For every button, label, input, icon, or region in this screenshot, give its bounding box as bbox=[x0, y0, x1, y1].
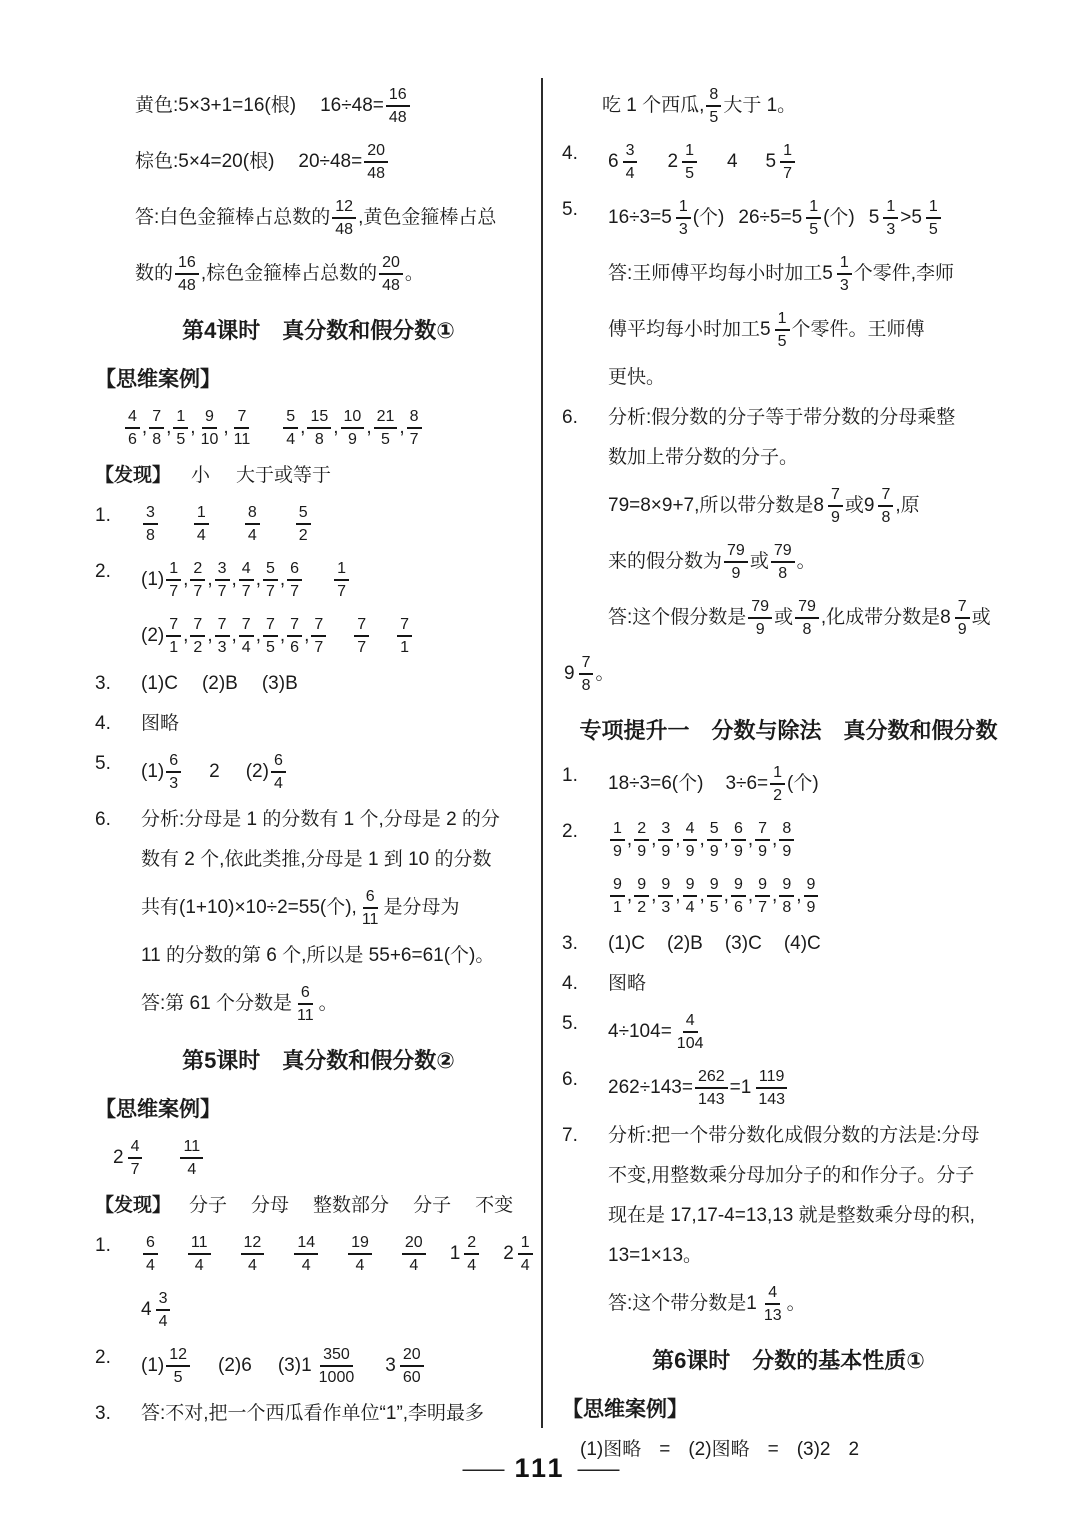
spacer bbox=[328, 636, 352, 637]
text-run: ,化成带分数是 bbox=[821, 606, 940, 630]
numerator: 1 bbox=[518, 1233, 533, 1255]
numerator: 1 bbox=[334, 559, 349, 581]
denominator: 48 bbox=[386, 107, 410, 127]
text-run: 20÷48= bbox=[298, 150, 362, 174]
item-body: 图略 bbox=[608, 964, 1015, 1004]
numerator: 7 bbox=[878, 485, 893, 507]
whole-number: 2 bbox=[503, 1242, 514, 1266]
content-line: 答:白色金箍棒占总数的1248,黄色金箍棒占总 bbox=[135, 190, 542, 246]
item-body: 64114124144194204124214434 bbox=[141, 1226, 542, 1338]
spacer bbox=[171, 476, 191, 477]
numerator: 6 bbox=[363, 887, 378, 909]
text-run: (2)6 bbox=[218, 1354, 252, 1378]
fraction: 76 bbox=[287, 615, 302, 657]
text-run: 。 bbox=[319, 992, 338, 1016]
fraction: 158 bbox=[307, 407, 331, 449]
text-run: 数加上带分数的分子。 bbox=[608, 446, 798, 470]
item-number: 3. bbox=[95, 1394, 141, 1434]
numerator: 1 bbox=[676, 197, 691, 219]
text-run: ,原 bbox=[895, 494, 919, 518]
whole-number: 5 bbox=[869, 206, 880, 230]
section-heading: 专项提升一 分数与除法 真分数和假分数 bbox=[562, 702, 1015, 756]
item-number: 5. bbox=[562, 1004, 608, 1044]
numerator: 7 bbox=[755, 819, 770, 841]
numerator: 4 bbox=[239, 559, 254, 581]
denominator: 8 bbox=[779, 897, 794, 917]
denominator: 9 bbox=[753, 619, 768, 639]
item-number: 5. bbox=[95, 744, 141, 784]
fraction: 13 bbox=[883, 197, 898, 239]
item-number: 4. bbox=[562, 134, 608, 174]
answer-item: 4.6342154517 bbox=[562, 134, 1015, 190]
fraction: 799 bbox=[748, 597, 772, 639]
fraction: 262143 bbox=[695, 1067, 728, 1109]
spacer bbox=[670, 1450, 688, 1451]
fraction: 64 bbox=[271, 751, 286, 793]
denominator: 7 bbox=[215, 581, 230, 601]
item-number: 3. bbox=[95, 664, 141, 704]
text-run: 262÷143= bbox=[608, 1076, 693, 1100]
text-run: , bbox=[627, 884, 632, 908]
text-run: (1)C bbox=[608, 932, 645, 956]
numerator: 4 bbox=[125, 407, 140, 429]
text-run: , bbox=[256, 568, 261, 592]
text-run: 小 bbox=[191, 464, 210, 488]
item-body: 6342154517 bbox=[608, 134, 1015, 190]
text-run: 答:白色金箍棒占总数的 bbox=[135, 206, 330, 230]
denominator: 11 bbox=[231, 429, 254, 449]
whole-number: 2 bbox=[113, 1146, 124, 1170]
numerator: 4 bbox=[683, 819, 698, 841]
numerator: 9 bbox=[804, 875, 819, 897]
numerator: 12 bbox=[241, 1233, 265, 1255]
numerator: 11 bbox=[188, 1233, 211, 1255]
text-run: (1) bbox=[141, 760, 164, 784]
content-line: 6342154517 bbox=[608, 134, 1015, 190]
spacer bbox=[855, 218, 869, 219]
fraction: 17 bbox=[780, 141, 795, 183]
numerator: 1 bbox=[883, 197, 898, 219]
spacer bbox=[830, 1450, 848, 1451]
denominator: 4 bbox=[156, 1311, 171, 1331]
denominator: 143 bbox=[755, 1089, 788, 1109]
fraction: 24 bbox=[464, 1233, 479, 1275]
spacer bbox=[183, 772, 209, 773]
text-run: , bbox=[772, 828, 777, 852]
content-line: (1)632(2)64 bbox=[141, 744, 542, 800]
text-run: 图略 bbox=[608, 972, 646, 996]
numerator: 5 bbox=[296, 503, 311, 525]
numerator: 10 bbox=[341, 407, 365, 429]
mixed-number: 215 bbox=[667, 141, 698, 183]
numerator: 16 bbox=[386, 85, 410, 107]
numerator: 2 bbox=[190, 559, 205, 581]
text-run: 。 bbox=[405, 262, 424, 286]
text-run: 。 bbox=[797, 550, 816, 574]
answer-item: 2.(1)17,27,37,47,57,6717(2)71,72,73,74,7… bbox=[95, 552, 542, 664]
content-line: 978。 bbox=[564, 646, 1015, 702]
fraction: 94 bbox=[683, 875, 698, 917]
fraction: 37 bbox=[215, 559, 230, 601]
text-run: 18÷3=6(个) bbox=[608, 772, 703, 796]
text-run: 整数部分 bbox=[313, 1194, 389, 1218]
denominator: 7 bbox=[755, 897, 770, 917]
text-run: , bbox=[190, 416, 195, 440]
text-run: 或 bbox=[845, 494, 864, 518]
text-run: , bbox=[699, 884, 704, 908]
numerator: 3 bbox=[623, 141, 638, 163]
text-run: , bbox=[675, 884, 680, 908]
denominator: 8 bbox=[800, 619, 815, 639]
text-run: 答:第 61 个分数是 bbox=[141, 992, 292, 1016]
numerator: 4 bbox=[683, 1011, 698, 1033]
fraction: 79 bbox=[755, 819, 770, 861]
answer-item: 4.图略 bbox=[562, 964, 1015, 1004]
text-run: 4÷104= bbox=[608, 1020, 672, 1044]
fraction: 413 bbox=[761, 1283, 785, 1325]
numerator: 19 bbox=[348, 1233, 372, 1255]
text-run: 13=1×13。 bbox=[608, 1244, 702, 1268]
text-run: 16÷3= bbox=[608, 206, 661, 230]
fraction: 34 bbox=[156, 1289, 171, 1331]
mixed-number: 879 bbox=[813, 485, 844, 527]
fraction: 1648 bbox=[175, 253, 199, 295]
text-run: , bbox=[304, 624, 309, 648]
numerator: 7 bbox=[239, 615, 254, 637]
denominator: 5 bbox=[775, 331, 790, 351]
numerator: 3 bbox=[215, 559, 230, 581]
whole-number: 5 bbox=[766, 150, 777, 174]
text-run: , bbox=[183, 624, 188, 648]
mixed-number: 515 bbox=[792, 197, 823, 239]
mixed-number: 434 bbox=[141, 1289, 172, 1331]
fraction: 46 bbox=[125, 407, 140, 449]
fraction: 15 bbox=[682, 141, 697, 183]
numerator: 20 bbox=[379, 253, 403, 275]
text-run: 2 bbox=[209, 760, 220, 784]
whole-number: 3 bbox=[385, 1354, 396, 1378]
numerator: 262 bbox=[695, 1067, 728, 1089]
denominator: 5 bbox=[173, 429, 188, 449]
numerator: 5 bbox=[263, 559, 278, 581]
fraction: 12 bbox=[770, 763, 785, 805]
fraction: 2048 bbox=[364, 141, 388, 183]
numerator: 6 bbox=[298, 983, 313, 1005]
item-body: (1)632(2)64 bbox=[141, 744, 542, 800]
spacer bbox=[255, 428, 281, 429]
denominator: 9 bbox=[955, 619, 970, 639]
mixed-number: 13501000 bbox=[301, 1345, 359, 1387]
denominator: 4 bbox=[184, 1159, 199, 1179]
denominator: 6 bbox=[287, 637, 302, 657]
text-run: 分析:分母是 1 的分数有 1 个,分母是 2 的分 bbox=[141, 808, 500, 832]
numerator: 1 bbox=[770, 763, 785, 785]
spacer bbox=[210, 476, 236, 477]
denominator: 9 bbox=[728, 563, 743, 583]
spacer bbox=[738, 162, 766, 163]
text-run: ,黄色金箍棒占总 bbox=[358, 206, 496, 230]
answer-item: 3.(1)C(2)B(3)B bbox=[95, 664, 542, 704]
spacer bbox=[762, 944, 784, 945]
denominator: 8 bbox=[143, 525, 158, 545]
answer-item: 5.16÷3=513(个)26÷5=515(个)513>515答:王师傅平均每小… bbox=[562, 190, 1015, 398]
denominator: 5 bbox=[682, 163, 697, 183]
fraction: 15 bbox=[775, 309, 790, 351]
denominator: 7 bbox=[263, 581, 278, 601]
text-run: 。 bbox=[595, 662, 614, 686]
spacer bbox=[238, 684, 262, 685]
spacer bbox=[703, 784, 725, 785]
content-line: (1)125(2)6(3)1350100032060 bbox=[141, 1338, 542, 1394]
answer-item: 2.19,29,39,49,59,69,79,8991,92,93,94,95,… bbox=[562, 812, 1015, 924]
fraction: 91 bbox=[610, 875, 625, 917]
text-run: 26÷5= bbox=[738, 206, 791, 230]
denominator: 9 bbox=[658, 841, 673, 861]
fraction: 2048 bbox=[379, 253, 403, 295]
numerator: 1 bbox=[806, 197, 821, 219]
numerator: 14 bbox=[294, 1233, 318, 1255]
denominator: 4 bbox=[623, 163, 638, 183]
item-body: 4÷104=4104 bbox=[608, 1004, 1015, 1060]
fraction: 27 bbox=[190, 559, 205, 601]
fraction: 79 bbox=[955, 597, 970, 639]
text-run: 大于或等于 bbox=[236, 464, 331, 488]
item-number: 7. bbox=[562, 1116, 608, 1156]
denominator: 7 bbox=[128, 1159, 143, 1179]
item-body: 16÷3=513(个)26÷5=515(个)513>515答:王师傅平均每小时加… bbox=[608, 190, 1015, 398]
numerator: 1 bbox=[837, 253, 852, 275]
text-run: 答:这个带分数是 bbox=[608, 1292, 746, 1316]
text-run: , bbox=[223, 416, 228, 440]
text-run: (1) bbox=[141, 568, 164, 592]
numerator: 8 bbox=[779, 819, 794, 841]
numerator: 9 bbox=[634, 875, 649, 897]
spacer bbox=[144, 1158, 178, 1159]
denominator: 5 bbox=[926, 219, 941, 239]
numerator: 79 bbox=[748, 597, 772, 619]
numerator: 6 bbox=[731, 819, 746, 841]
mixed-number: 879 bbox=[940, 597, 971, 639]
spacer bbox=[160, 524, 192, 525]
content-line: 247114 bbox=[113, 1130, 542, 1186]
fraction: 125 bbox=[166, 1345, 190, 1387]
text-run: = bbox=[730, 1076, 741, 1100]
denominator: 7 bbox=[239, 581, 254, 601]
content-line: 【发现】小大于或等于 bbox=[95, 456, 542, 496]
denominator: 6 bbox=[731, 897, 746, 917]
denominator: 2 bbox=[296, 525, 311, 545]
item-body: 分析:假分数的分子等于带分数的分母乘整数加上带分数的分子。79=8×9+7,所以… bbox=[608, 398, 1015, 702]
denominator: 3 bbox=[658, 897, 673, 917]
numerator: 7 bbox=[287, 615, 302, 637]
text-run: > bbox=[900, 206, 911, 230]
fraction: 78 bbox=[149, 407, 164, 449]
content-line: (1)C(2)B(3)B bbox=[141, 664, 542, 704]
text-run: 现在是 17,17-4=13,13 就是整数乘分母的积, bbox=[608, 1204, 975, 1228]
denominator: 48 bbox=[379, 275, 403, 295]
spacer bbox=[262, 524, 294, 525]
text-run: (3) bbox=[278, 1354, 301, 1378]
denominator: 3 bbox=[837, 275, 852, 295]
denominator: 1000 bbox=[316, 1367, 358, 1387]
text-run: , bbox=[166, 416, 171, 440]
fraction: 52 bbox=[296, 503, 311, 545]
mixed-number: 513 bbox=[822, 253, 853, 295]
denominator: 7 bbox=[166, 581, 181, 601]
fraction: 77 bbox=[354, 615, 369, 657]
numerator: 12 bbox=[332, 197, 356, 219]
fraction: 799 bbox=[724, 541, 748, 583]
item-number: 6. bbox=[562, 1060, 608, 1100]
content-line: 13=1×13。 bbox=[608, 1236, 1015, 1276]
numerator: 1 bbox=[775, 309, 790, 331]
fraction: 14 bbox=[194, 503, 209, 545]
content-line: 答:这个假分数是799或798,化成带分数是879或 bbox=[608, 590, 1015, 646]
content-line: (2)71,72,73,74,75,76,777771 bbox=[141, 608, 542, 664]
text-run: , bbox=[142, 416, 147, 440]
numerator: 8 bbox=[706, 85, 721, 107]
footer-dash-right: —— bbox=[578, 1456, 618, 1482]
content-line: 分析:假分数的分子等于带分数的分母乘整 bbox=[608, 398, 1015, 438]
answer-item: 7.分析:把一个带分数化成假分数的方法是:分母不变,用整数乘分母加分子的和作分子… bbox=[562, 1116, 1015, 1332]
text-run: , bbox=[232, 624, 237, 648]
right-column: 吃 1 个西瓜,85大于 1。4.63421545175.16÷3=513(个)… bbox=[562, 78, 1015, 1470]
numerator: 4 bbox=[128, 1137, 143, 1159]
item-number: 1. bbox=[95, 496, 141, 536]
content-line: 分析:把一个带分数化成假分数的方法是:分母 bbox=[608, 1116, 1015, 1156]
spacer bbox=[481, 1254, 503, 1255]
fraction: 34 bbox=[623, 141, 638, 183]
text-run: 16÷48= bbox=[320, 94, 384, 118]
denominator: 5 bbox=[171, 1367, 186, 1387]
numerator: 20 bbox=[400, 1345, 424, 1367]
denominator: 4 bbox=[271, 773, 286, 793]
column-divider bbox=[541, 78, 543, 1428]
denominator: 9 bbox=[707, 841, 722, 861]
left-column: 黄色:5×3+1=16(根)16÷48=1648棕色:5×4=20(根)20÷4… bbox=[95, 78, 542, 1434]
text-run: 数有 2 个,依此类推,分母是 1 到 10 的分数 bbox=[141, 848, 492, 872]
spacer bbox=[374, 1254, 400, 1255]
numerator: 9 bbox=[610, 875, 625, 897]
numerator: 3 bbox=[658, 819, 673, 841]
fraction: 87 bbox=[407, 407, 422, 449]
numerator: 5 bbox=[707, 819, 722, 841]
item-body: 图略 bbox=[141, 704, 542, 744]
fraction: 15 bbox=[806, 197, 821, 239]
numerator: 7 bbox=[149, 407, 164, 429]
text-run: (2)B bbox=[667, 932, 703, 956]
fraction: 78 bbox=[878, 485, 893, 527]
content-line: 答:王师傅平均每小时加工513个零件,李师 bbox=[608, 246, 1015, 302]
content-line: (1)17,27,37,47,57,6717 bbox=[141, 552, 542, 608]
content-line: 19,29,39,49,59,69,79,89 bbox=[608, 812, 1015, 868]
numerator: 20 bbox=[364, 141, 388, 163]
numerator: 16 bbox=[175, 253, 199, 275]
mixed-number: 32060 bbox=[385, 1345, 425, 1387]
text-run: 不变,用整数乘分母加分子的和作分子。分子 bbox=[608, 1164, 974, 1188]
mixed-number: 247 bbox=[113, 1137, 144, 1179]
text-run: 或 bbox=[750, 550, 769, 574]
numerator: 79 bbox=[795, 597, 819, 619]
whole-number: 1 bbox=[746, 1292, 757, 1316]
text-run: (2) bbox=[246, 760, 269, 784]
fraction: 1248 bbox=[332, 197, 356, 239]
spacer bbox=[289, 1206, 313, 1207]
fraction: 71 bbox=[166, 615, 181, 657]
text-run: 【发现】 bbox=[95, 1194, 171, 1218]
spacer bbox=[641, 1450, 659, 1451]
text-run: 更快。 bbox=[608, 366, 665, 390]
spacer bbox=[252, 1366, 278, 1367]
denominator: 143 bbox=[695, 1089, 728, 1109]
content-line: 数有 2 个,依此类推,分母是 1 到 10 的分数 bbox=[141, 840, 542, 880]
content-line: 46,78,15,910,71154,158,109,215,87 bbox=[123, 400, 542, 456]
text-run: , bbox=[333, 416, 338, 440]
fraction: 109 bbox=[341, 407, 365, 449]
denominator: 9 bbox=[731, 841, 746, 861]
whole-number: 1 bbox=[741, 1076, 752, 1100]
denominator: 11 bbox=[294, 1005, 317, 1025]
denominator: 8 bbox=[312, 429, 327, 449]
whole-number: 9 bbox=[864, 494, 875, 518]
numerator: 7 bbox=[579, 653, 594, 675]
numerator: 350 bbox=[320, 1345, 353, 1367]
mixed-number: 517 bbox=[766, 141, 797, 183]
fraction: 69 bbox=[731, 819, 746, 861]
spacer bbox=[211, 524, 243, 525]
content-line: 更快。 bbox=[608, 358, 1015, 398]
fraction: 4104 bbox=[674, 1011, 707, 1053]
text-run: 【发现】 bbox=[95, 464, 171, 488]
section-label: 【思维案例】 bbox=[95, 356, 542, 400]
numerator: 12 bbox=[166, 1345, 190, 1367]
item-number: 1. bbox=[562, 756, 608, 796]
spacer bbox=[296, 106, 320, 107]
fraction: 144 bbox=[294, 1233, 318, 1275]
spacer bbox=[428, 1254, 450, 1255]
denominator: 4 bbox=[194, 525, 209, 545]
denominator: 3 bbox=[883, 219, 898, 239]
answer-item: 5.(1)632(2)64 bbox=[95, 744, 542, 800]
denominator: 4 bbox=[518, 1255, 533, 1275]
denominator: 7 bbox=[354, 637, 369, 657]
mixed-number: 515 bbox=[760, 309, 791, 351]
numerator: 6 bbox=[271, 751, 286, 773]
denominator: 5 bbox=[806, 219, 821, 239]
fraction: 85 bbox=[706, 85, 721, 127]
text-run: , bbox=[796, 884, 801, 908]
denominator: 7 bbox=[311, 637, 326, 657]
mixed-number: 513 bbox=[869, 197, 900, 239]
fraction: 798 bbox=[771, 541, 795, 583]
denominator: 4 bbox=[353, 1255, 368, 1275]
denominator: 9 bbox=[345, 429, 360, 449]
text-run: 答:这个假分数是 bbox=[608, 606, 746, 630]
answer-item: 3.答:不对,把一个西瓜看作单位“1”,李明最多 bbox=[95, 1394, 542, 1434]
item-body: 分析:分母是 1 的分数有 1 个,分母是 2 的分数有 2 个,依此类推,分母… bbox=[141, 800, 542, 1032]
numerator: 5 bbox=[283, 407, 298, 429]
numerator: 6 bbox=[143, 1233, 158, 1255]
numerator: 2 bbox=[634, 819, 649, 841]
content-line: 不变,用整数乘分母加分子的和作分子。分子 bbox=[608, 1156, 1015, 1196]
mixed-number: 978 bbox=[864, 485, 895, 527]
spacer bbox=[160, 1254, 186, 1255]
fraction: 98 bbox=[779, 875, 794, 917]
whole-number: 6 bbox=[608, 150, 619, 174]
denominator: 3 bbox=[215, 637, 230, 657]
item-number: 4. bbox=[95, 704, 141, 744]
fraction: 215 bbox=[374, 407, 398, 449]
